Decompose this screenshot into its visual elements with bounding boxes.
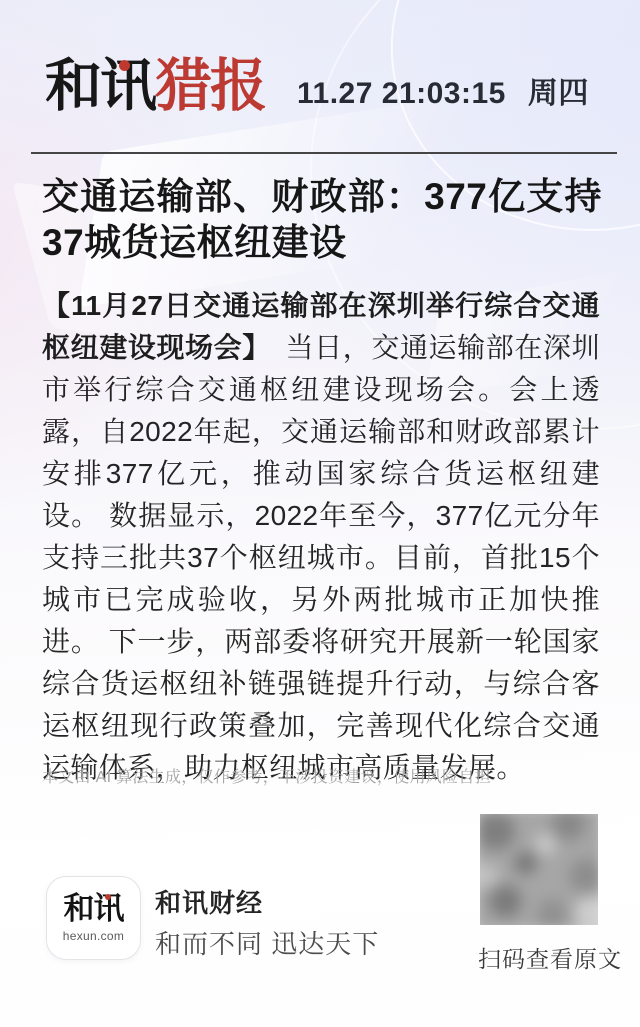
hexun-logo-characters: 和讯 <box>64 891 124 926</box>
hexun-app-logo: 和讯 hexun.com <box>46 876 141 960</box>
weekday-label: 周四 <box>528 77 589 110</box>
datetime: 11.27 21:03:15周四 <box>297 68 589 112</box>
qr-code-blurred <box>480 814 598 925</box>
account-slogan: 和而不同 迅达天下 <box>155 924 379 961</box>
article-title: 交通运输部、财政部：377亿支持37城货运枢纽建设 <box>42 174 602 266</box>
brand-logo-black: 和讯 <box>45 54 155 118</box>
hexun-logo-domain: hexun.com <box>63 929 124 943</box>
brand-logo-red: 猎报 <box>155 54 265 118</box>
article-body-text: 当日，交通运输部在深圳市举行综合交通枢纽建设现场会。会上透露，自2022年起，交… <box>42 332 600 783</box>
header-divider <box>31 152 617 154</box>
account-name: 和讯财经 <box>155 883 263 920</box>
ai-disclaimer: 本文由 AI 算法生成，仅作参考，不涉投资建议，使用风险自担 <box>42 764 491 787</box>
qr-code-blur-blob <box>480 814 598 925</box>
header: 和讯猎报 11.27 21:03:15周四 <box>45 58 604 115</box>
article-body: 【11月27日交通运输部在深圳举行综合交通枢纽建设现场会】 当日，交通运输部在深… <box>42 285 600 789</box>
hexun-logo-red-dot-icon <box>105 894 111 900</box>
datetime-value: 11.27 21:03:15 <box>297 77 506 110</box>
brand-red-dot-icon <box>119 60 130 71</box>
qr-caption: 扫码查看原文 <box>460 941 640 974</box>
brand-logo: 和讯猎报 <box>45 58 265 115</box>
hexun-logo-text: 和讯 <box>64 893 124 924</box>
news-poster-card: 和讯猎报 11.27 21:03:15周四 交通运输部、财政部：377亿支持37… <box>0 0 640 1027</box>
